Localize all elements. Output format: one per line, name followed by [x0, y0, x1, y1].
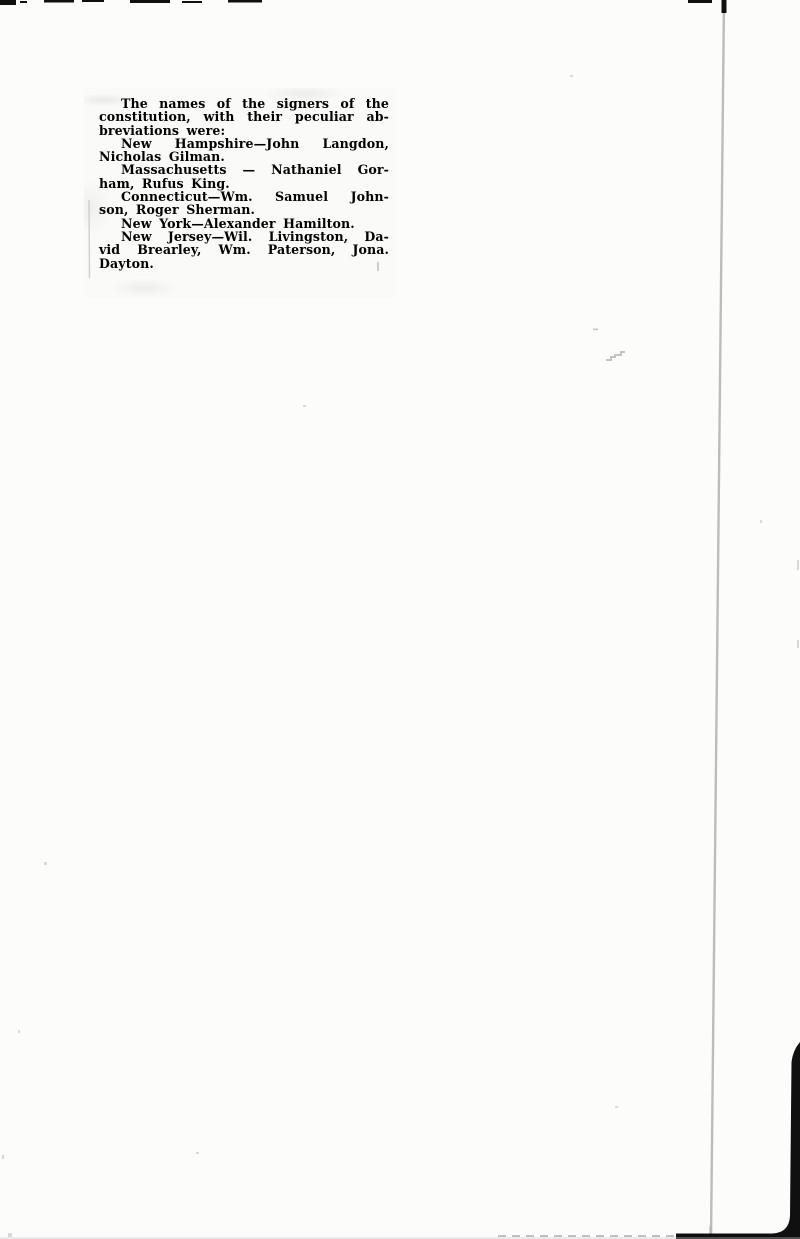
column-rule-bottom-tick: [709, 1226, 712, 1239]
ink-dash: [593, 329, 598, 331]
article-line: New Hampshire—John Langdon,: [99, 137, 389, 150]
article-line: Massachusetts — Nathaniel Gor-: [99, 163, 389, 176]
article-line: New Jersey—Wil. Livingston, Da-: [99, 230, 389, 243]
article-line: constitution, with their peculiar ab-: [99, 110, 389, 123]
article-line: Connecticut—Wm. Samuel John-: [99, 190, 389, 203]
article-line: son, Roger Sherman.: [99, 203, 389, 216]
column-rule-dark-cap: [722, 0, 727, 13]
ink-squiggle: [606, 352, 625, 360]
article-line: Dayton.: [99, 257, 389, 270]
article-line: New York—Alexander Hamilton.: [99, 217, 389, 230]
article-text-column: The names of the signers of the constitu…: [99, 97, 389, 270]
page-edge-shadow: [676, 1042, 800, 1239]
article-line: breviations were:: [99, 124, 389, 137]
column-rule: [711, 0, 724, 1239]
article-line: Nicholas Gilman.: [99, 150, 389, 163]
article-line: ham, Rufus King.: [99, 177, 389, 190]
article-line: vid Brearley, Wm. Paterson, Jona.: [99, 243, 389, 256]
article-line: The names of the signers of the: [99, 97, 389, 110]
top-edge-specks: [0, 0, 712, 5]
scanned-page: The names of the signers of the constitu…: [0, 0, 800, 1239]
